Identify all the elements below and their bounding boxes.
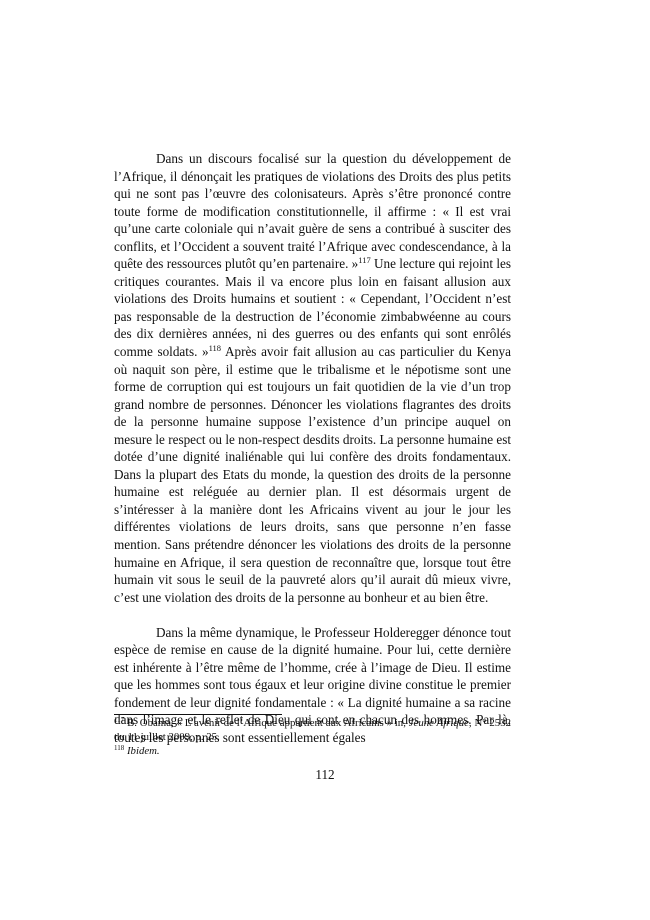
footnote-source-title: Ibidem. <box>127 745 160 757</box>
body-text: Dans un discours focalisé sur la questio… <box>114 150 511 747</box>
footnote-separator <box>114 714 282 715</box>
paragraph-text: Dans un discours focalisé sur la questio… <box>114 151 511 271</box>
footnotes: 117 B. Obama, « L’avenir de l’Afrique ap… <box>114 714 511 758</box>
footnote-117: 117 B. Obama, « L’avenir de l’Afrique ap… <box>114 716 511 744</box>
footnote-118: 118 Ibidem. <box>114 744 511 758</box>
footnote-ref-118[interactable]: 118 <box>209 343 221 353</box>
page-number: 112 <box>0 767 650 783</box>
paragraph-1: Dans un discours focalisé sur la questio… <box>114 150 511 606</box>
footnote-number: 117 <box>114 716 124 724</box>
footnote-number: 118 <box>114 744 124 752</box>
footnote-source-title: Jeune Afrique, <box>409 717 472 729</box>
footnote-ref-117[interactable]: 117 <box>358 255 370 265</box>
paragraph-text: Après avoir fait allusion au cas particu… <box>114 344 511 605</box>
footnote-text: B. Obama, « L’avenir de l’Afrique appart… <box>124 717 408 729</box>
document-page: Dans un discours focalisé sur la questio… <box>0 0 650 920</box>
